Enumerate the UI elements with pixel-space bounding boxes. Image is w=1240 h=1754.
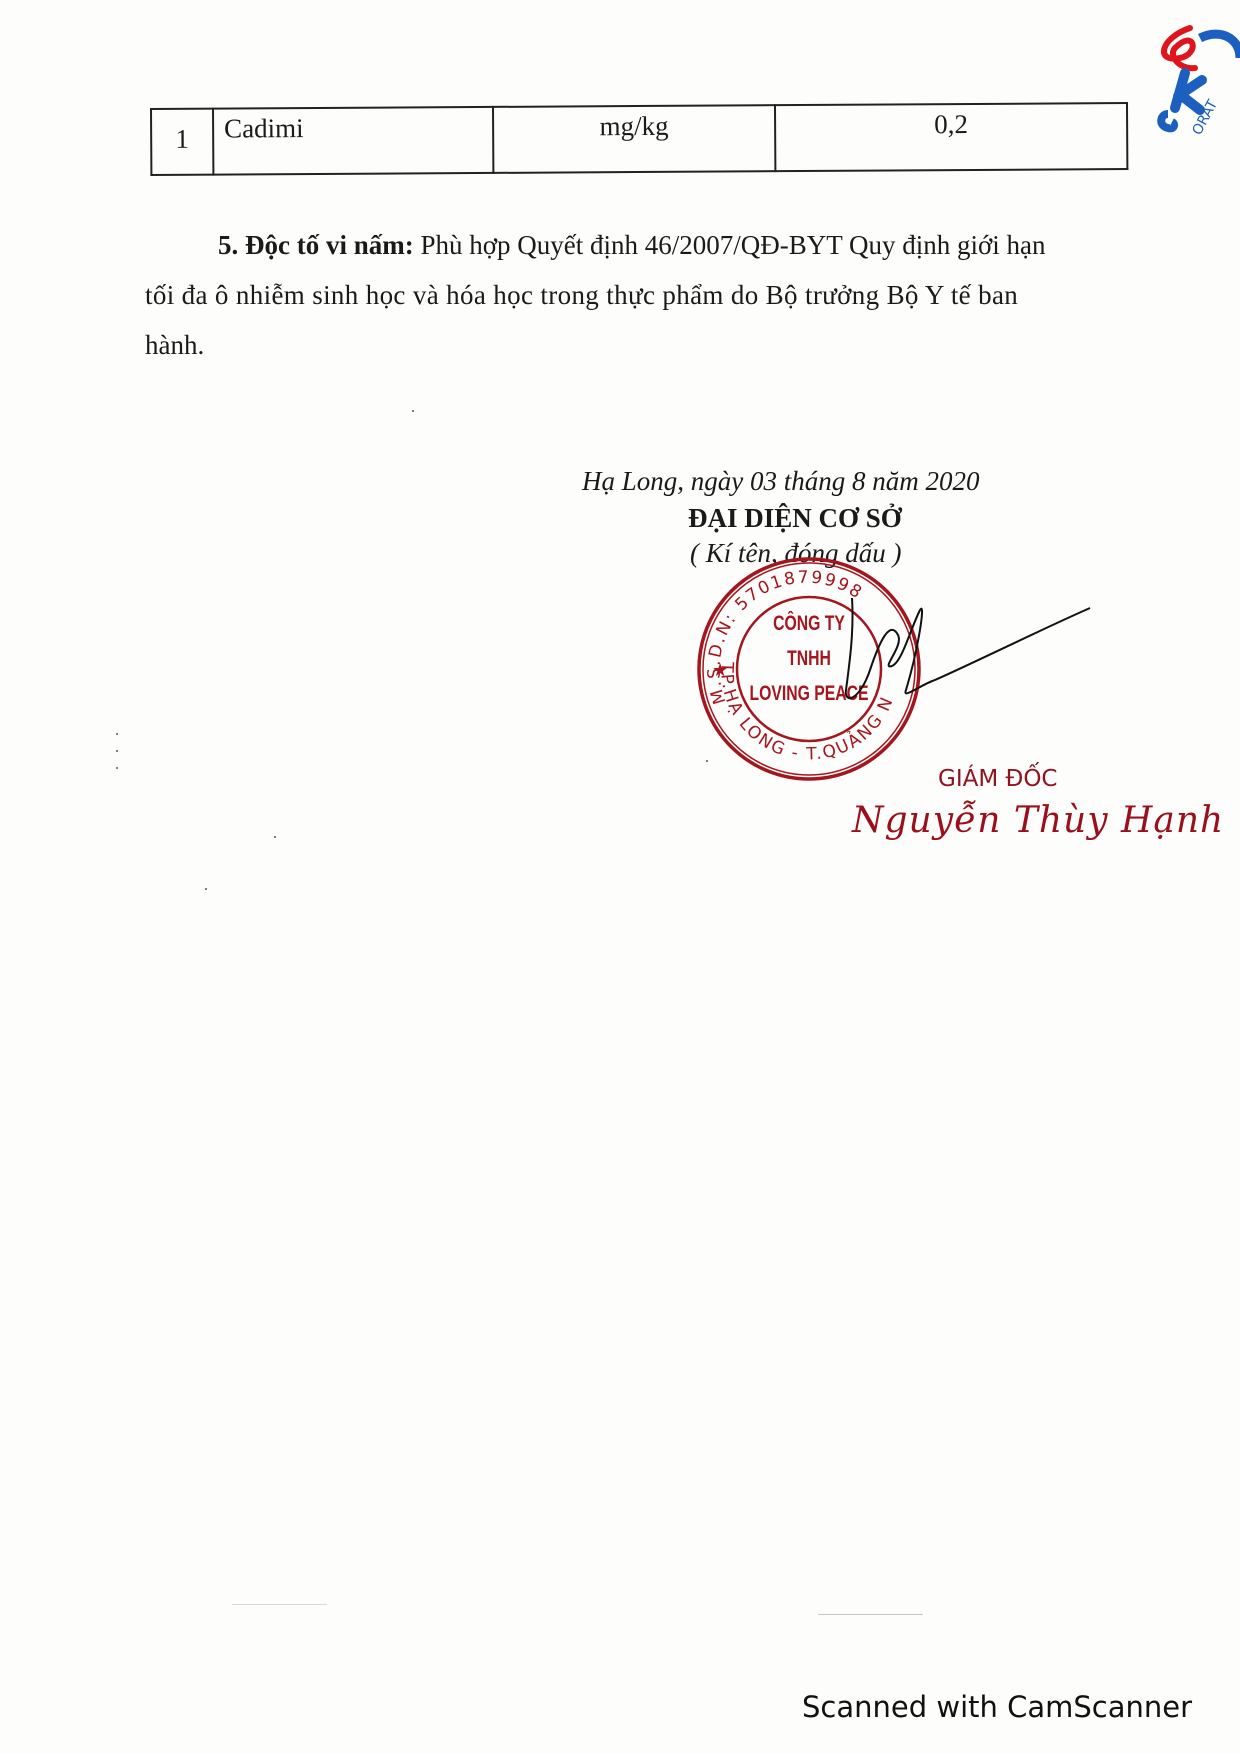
- scan-speck: [116, 733, 118, 735]
- faint-mark: [818, 1614, 923, 1615]
- contaminant-limit-table: 1 Cadimi mg/kg 0,2: [150, 102, 1128, 176]
- faint-mark: [232, 1604, 327, 1605]
- svg-text:★: ★: [712, 660, 728, 680]
- lab-logo-icon: ORAT: [1140, 18, 1240, 158]
- scan-speck: [205, 888, 207, 890]
- handwritten-signature-icon: [840, 590, 1100, 720]
- signer-role: GIÁM ĐỐC: [938, 766, 1057, 792]
- scan-speck: [116, 750, 118, 752]
- camscanner-watermark: Scanned with CamScanner: [802, 1690, 1192, 1724]
- corner-logo: ORAT: [1140, 18, 1240, 158]
- paragraph-line-3: hành.: [145, 320, 204, 370]
- place-date-line: Hạ Long, ngày 03 tháng 8 năm 2020: [582, 466, 980, 497]
- paragraph-line-2: tối đa ô nhiễm sinh học và hóa học trong…: [145, 270, 1018, 320]
- row-number: 1: [151, 109, 213, 175]
- table-row: 1 Cadimi mg/kg 0,2: [151, 103, 1127, 175]
- representative-title: ĐẠI DIỆN CƠ SỞ: [688, 503, 902, 534]
- limit-value: 0,2: [775, 103, 1127, 171]
- scan-speck: [274, 836, 276, 838]
- paragraph-line-1: 5. Độc tố vi nấm: Phù hợp Quyết định 46/…: [218, 220, 1046, 270]
- scan-speck: [116, 767, 118, 769]
- section-5-heading: 5. Độc tố vi nấm:: [218, 230, 414, 260]
- unit: mg/kg: [493, 105, 775, 173]
- section-5-text: Phù hợp Quyết định 46/2007/QĐ-BYT Quy đị…: [414, 230, 1046, 260]
- scan-speck: [706, 760, 708, 762]
- scan-speck: [412, 410, 414, 412]
- signer-name: Nguyễn Thùy Hạnh: [852, 800, 1224, 841]
- contaminant-name: Cadimi: [213, 107, 493, 175]
